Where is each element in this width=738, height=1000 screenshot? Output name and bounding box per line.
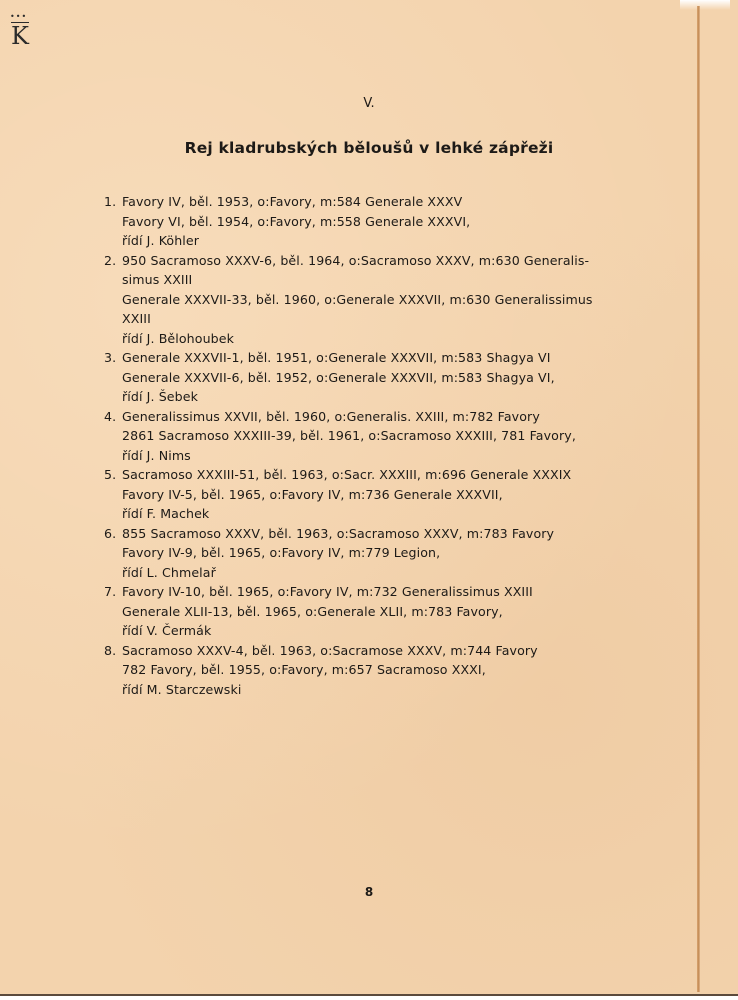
entry-line: Generale XLII-13, běl. 1965, o:Generale … — [122, 602, 644, 622]
kladruby-logo-icon: ••• K — [7, 8, 35, 48]
entry-driver: řídí J. Nims — [122, 446, 644, 466]
entry-number: 5. — [104, 465, 116, 485]
list-item: 4. Generalissimus XXVII, běl. 1960, o:Ge… — [104, 407, 644, 466]
list-item: 3. Generale XXXVII-1, běl. 1951, o:Gener… — [104, 348, 644, 407]
entry-line: Sacramoso XXXV-4, běl. 1963, o:Sacramose… — [122, 641, 644, 661]
page-title: Rej kladrubských běloušů v lehké zápřeži — [0, 139, 738, 157]
entry-number: 1. — [104, 192, 116, 212]
list-item: 6. 855 Sacramoso XXXV, běl. 1963, o:Sacr… — [104, 524, 644, 583]
logo-crown-dots: ••• — [10, 13, 27, 21]
list-item: 7. Favory IV-10, běl. 1965, o:Favory IV,… — [104, 582, 644, 641]
page-fold-notch — [680, 0, 730, 10]
entry-line: 2861 Sacramoso XXXIII-39, běl. 1961, o:S… — [122, 426, 644, 446]
entry-list: 1. Favory IV, běl. 1953, o:Favory, m:584… — [104, 192, 644, 699]
entry-line: Generale XXXVII-1, běl. 1951, o:Generale… — [122, 348, 644, 368]
entry-line: simus XXIII — [122, 270, 644, 290]
entry-number: 8. — [104, 641, 116, 661]
list-item: 2. 950 Sacramoso XXXV-6, běl. 1964, o:Sa… — [104, 251, 644, 349]
entry-line: Generale XXXVII-6, běl. 1952, o:Generale… — [122, 368, 644, 388]
list-item: 1. Favory IV, běl. 1953, o:Favory, m:584… — [104, 192, 644, 251]
entry-number: 3. — [104, 348, 116, 368]
entry-driver: řídí F. Machek — [122, 504, 644, 524]
entry-driver: řídí L. Chmelař — [122, 563, 644, 583]
entry-line: 950 Sacramoso XXXV-6, běl. 1964, o:Sacra… — [122, 251, 644, 271]
entry-line: Favory IV-9, běl. 1965, o:Favory IV, m:7… — [122, 543, 644, 563]
list-item: 8. Sacramoso XXXV-4, běl. 1963, o:Sacram… — [104, 641, 644, 700]
entry-line: Favory IV-10, běl. 1965, o:Favory IV, m:… — [122, 582, 644, 602]
entry-driver: řídí J. Köhler — [122, 231, 644, 251]
section-number: V. — [0, 96, 738, 111]
page-number: 8 — [0, 885, 738, 899]
list-item: 5. Sacramoso XXXIII-51, běl. 1963, o:Sac… — [104, 465, 644, 524]
entry-number: 7. — [104, 582, 116, 602]
entry-number: 2. — [104, 251, 116, 271]
entry-driver: řídí M. Starczewski — [122, 680, 644, 700]
entry-line: Favory IV-5, běl. 1965, o:Favory IV, m:7… — [122, 485, 644, 505]
entry-line: Favory VI, běl. 1954, o:Favory, m:558 Ge… — [122, 212, 644, 232]
entry-line: 855 Sacramoso XXXV, běl. 1963, o:Sacramo… — [122, 524, 644, 544]
logo-letter: K — [11, 22, 29, 50]
entry-number: 6. — [104, 524, 116, 544]
entry-number: 4. — [104, 407, 116, 427]
entry-line: Generale XXXVII-33, běl. 1960, o:General… — [122, 290, 644, 310]
entry-driver: řídí J. Šebek — [122, 387, 644, 407]
entry-line: XXIII — [122, 309, 644, 329]
document-page: ••• K V. Rej kladrubských běloušů v lehk… — [0, 0, 738, 996]
entry-driver: řídí V. Čermák — [122, 621, 644, 641]
entry-line: Sacramoso XXXIII-51, běl. 1963, o:Sacr. … — [122, 465, 644, 485]
entry-line: 782 Favory, běl. 1955, o:Favory, m:657 S… — [122, 660, 644, 680]
entry-line: Favory IV, běl. 1953, o:Favory, m:584 Ge… — [122, 192, 644, 212]
entry-driver: řídí J. Bělohoubek — [122, 329, 644, 349]
entry-line: Generalissimus XXVII, běl. 1960, o:Gener… — [122, 407, 644, 427]
